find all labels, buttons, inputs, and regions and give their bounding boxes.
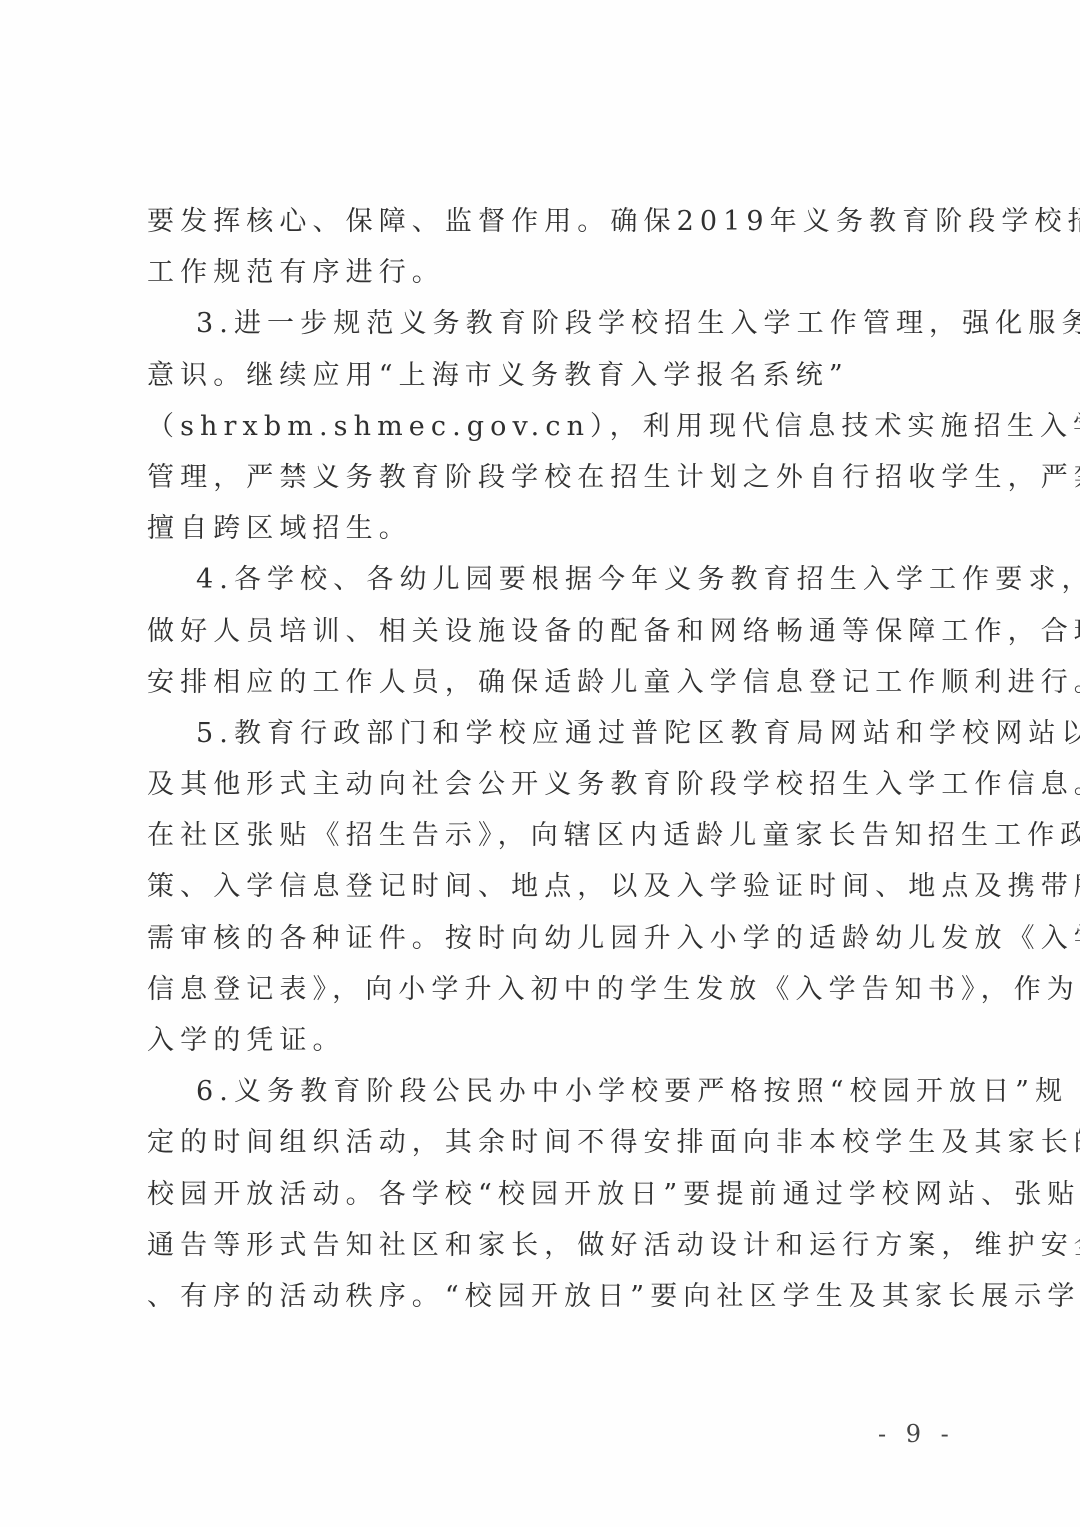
page-number: - 9 - [878, 1420, 955, 1448]
text-line: 定的时间组织活动，其余时间不得安排面向非本校学生及其家长的 [147, 1117, 935, 1168]
text-line: 入学的凭证。 [147, 1015, 935, 1066]
text-line: 要发挥核心、保障、监督作用。确保2019年义务教育阶段学校招生 [147, 196, 935, 247]
text-line: 意识。继续应用“上海市义务教育入学报名系统” [147, 350, 935, 401]
text-line: 校园开放活动。各学校“校园开放日”要提前通过学校网站、张贴 [147, 1169, 935, 1220]
document-page: 要发挥核心、保障、监督作用。确保2019年义务教育阶段学校招生 工作规范有序进行… [0, 0, 1080, 1527]
text-line: 做好人员培训、相关设施设备的配备和网络畅通等保障工作，合理 [147, 606, 935, 657]
text-line: 及其他形式主动向社会公开义务教育阶段学校招生入学工作信息。 [147, 759, 935, 810]
document-body: 要发挥核心、保障、监督作用。确保2019年义务教育阶段学校招生 工作规范有序进行… [147, 196, 935, 1322]
text-line: 需审核的各种证件。按时向幼儿园升入小学的适龄幼儿发放《入学 [147, 913, 935, 964]
text-line: 管理，严禁义务教育阶段学校在招生计划之外自行招收学生，严禁 [147, 452, 935, 503]
text-line: 信息登记表》，向小学升入初中的学生发放《入学告知书》，作为 [147, 964, 935, 1015]
text-line: 策、入学信息登记时间、地点，以及入学验证时间、地点及携带所 [147, 861, 935, 912]
text-line: 通告等形式告知社区和家长，做好活动设计和运行方案，维护安全 [147, 1220, 935, 1271]
paragraph-item-4-start: 4.各学校、各幼儿园要根据今年义务教育招生入学工作要求， [147, 554, 935, 605]
text-line: 、有序的活动秩序。“校园开放日”要向社区学生及其家长展示学 [147, 1271, 935, 1322]
paragraph-item-3-start: 3.进一步规范义务教育阶段学校招生入学工作管理，强化服务 [147, 298, 935, 349]
paragraph-item-5-start: 5.教育行政部门和学校应通过普陀区教育局网站和学校网站以 [147, 708, 935, 759]
text-line: 擅自跨区域招生。 [147, 503, 935, 554]
text-line: 工作规范有序进行。 [147, 247, 935, 298]
paragraph-item-6-start: 6.义务教育阶段公民办中小学校要严格按照“校园开放日”规 [147, 1066, 935, 1117]
text-line: 安排相应的工作人员，确保适龄儿童入学信息登记工作顺利进行。 [147, 657, 935, 708]
text-line-url: （shrxbm.shmec.gov.cn），利用现代信息技术实施招生入学工作 [147, 401, 935, 452]
text-line: 在社区张贴《招生告示》，向辖区内适龄儿童家长告知招生工作政 [147, 810, 935, 861]
